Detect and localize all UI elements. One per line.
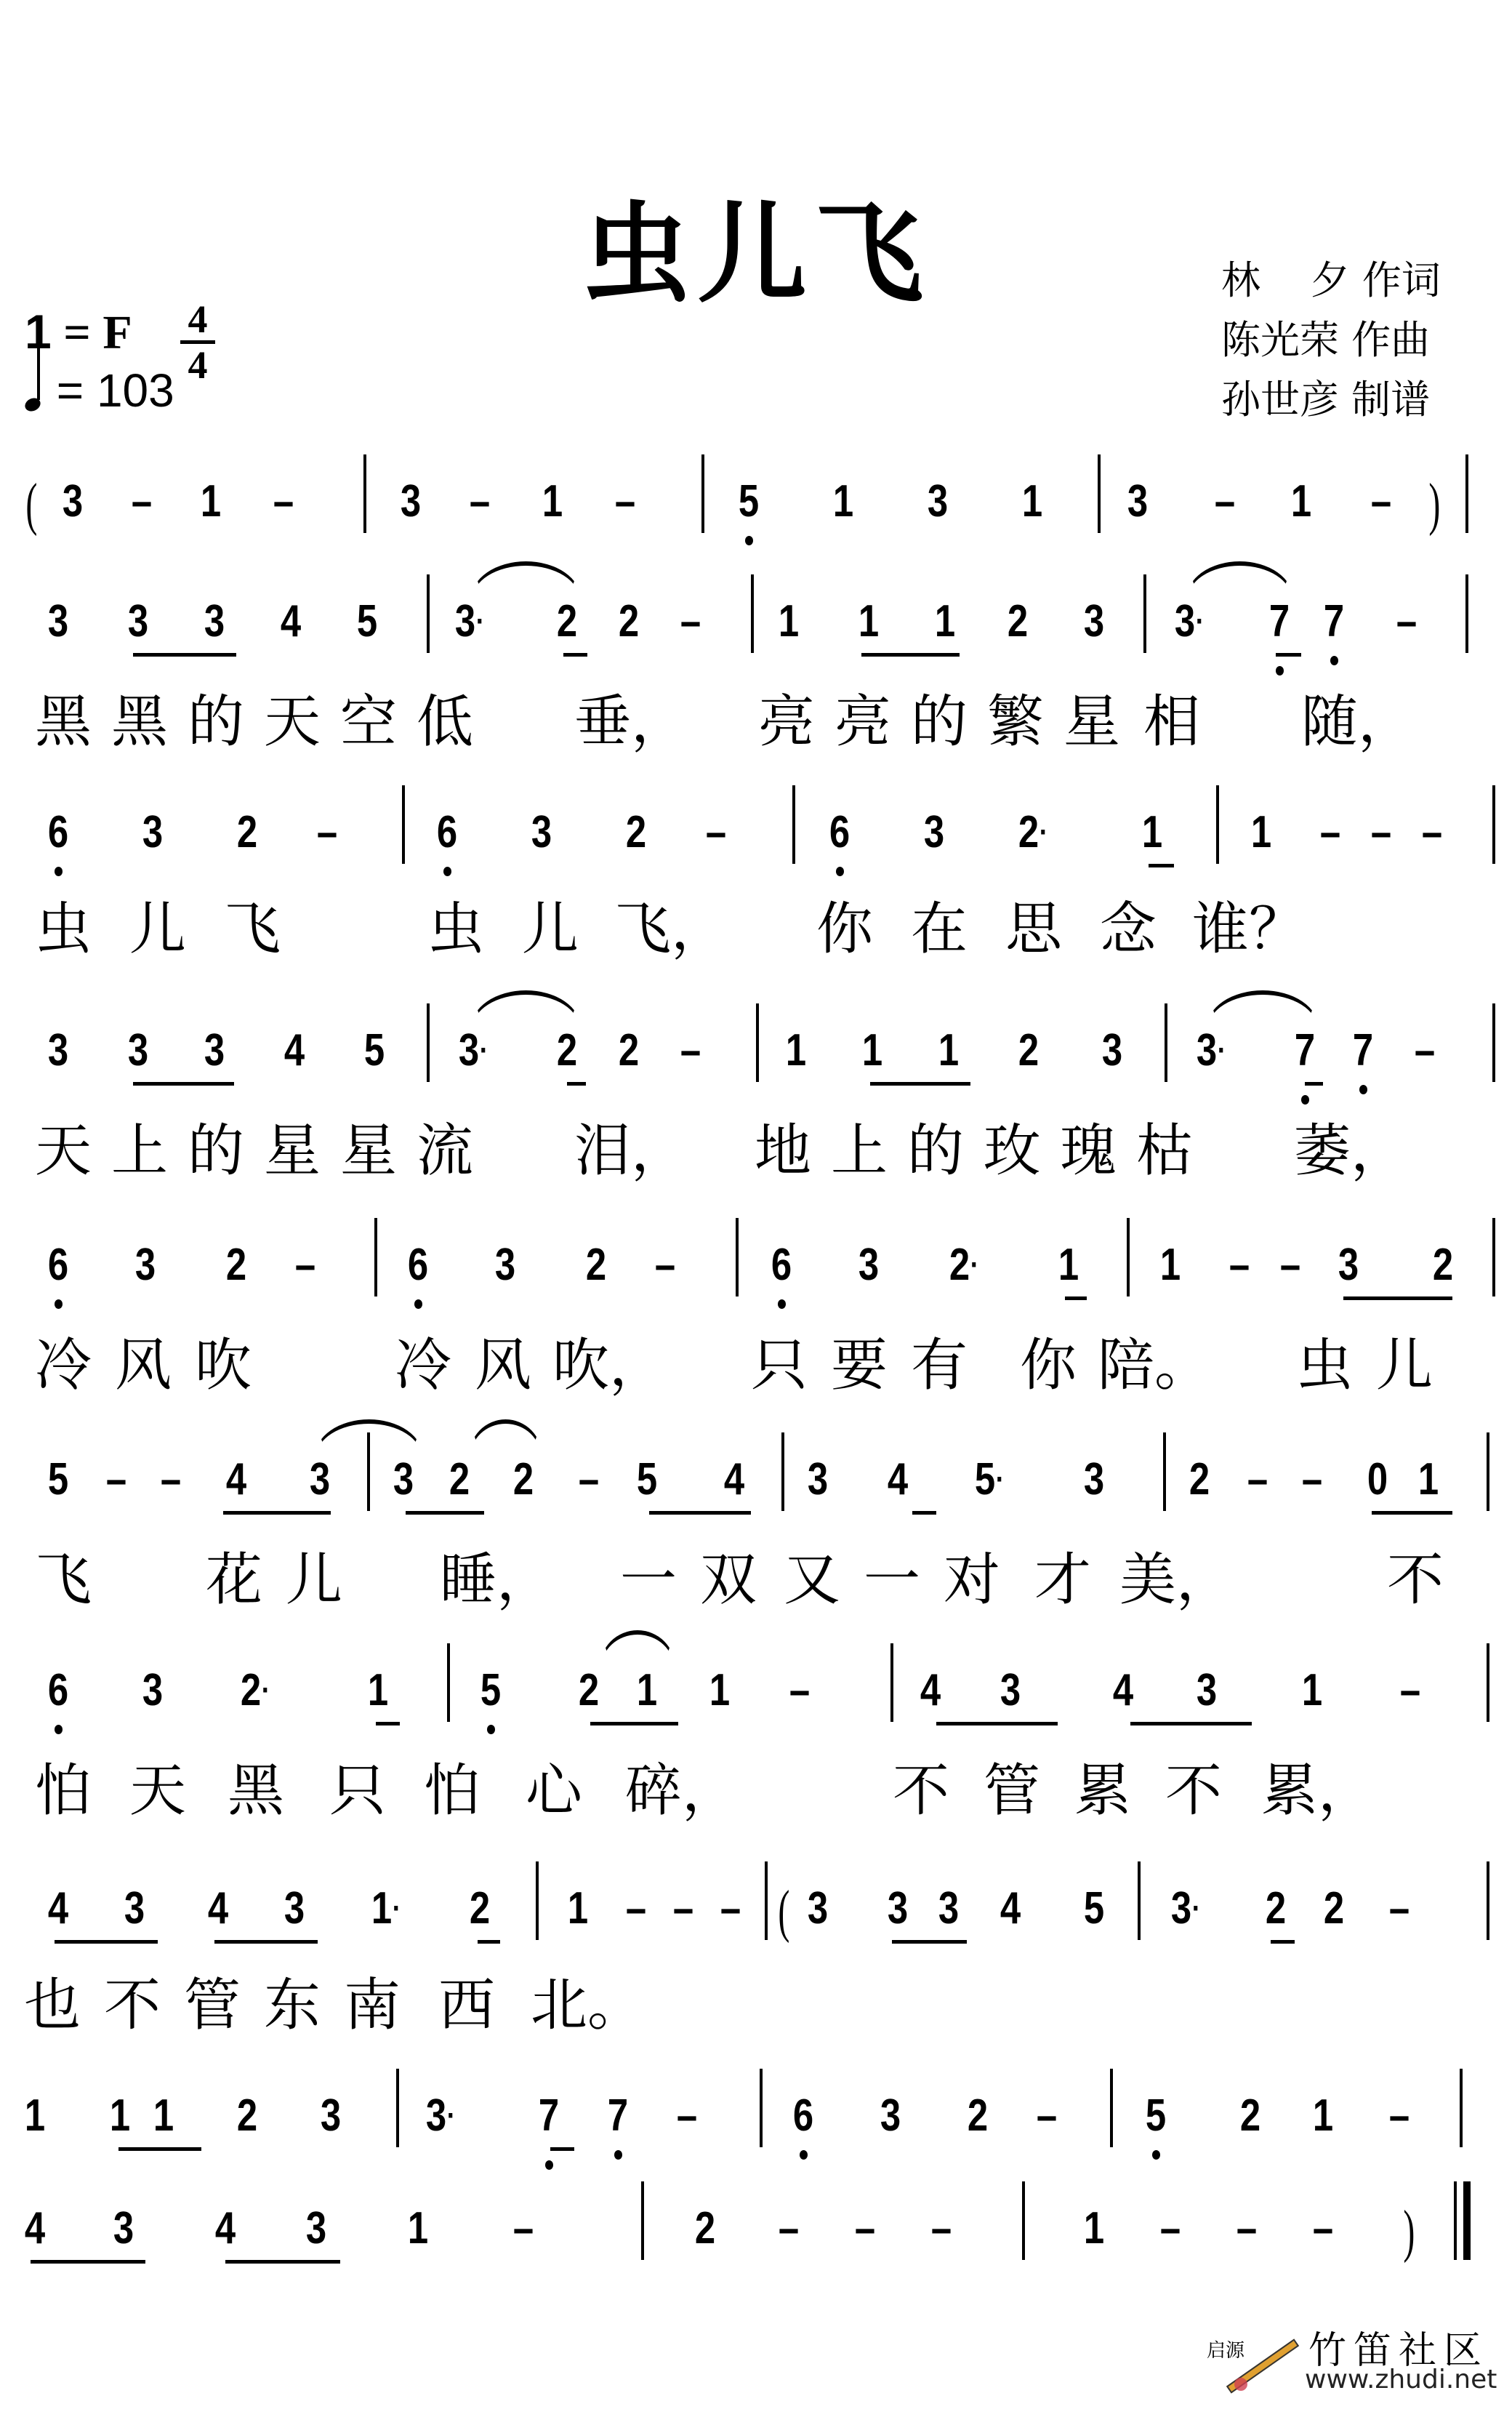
lyric-syllable: 星 — [1061, 676, 1122, 758]
note-value: – — [1280, 1240, 1300, 1290]
note-value: 1 — [1313, 2091, 1333, 2141]
lyric-syllable: 陪。 — [1098, 1320, 1159, 1401]
note-value: 3 — [142, 807, 163, 857]
note-value: 3 — [135, 1240, 156, 1290]
time-sig-bottom: 4 — [180, 345, 215, 385]
dash-extension: – — [698, 807, 733, 858]
eighth-note-beam — [567, 1082, 586, 1086]
note: 3 — [992, 1665, 1028, 1716]
note-value: 2 — [1324, 1883, 1344, 1933]
lyric-syllable: 虫 — [33, 883, 94, 965]
augmentation-dot: · — [996, 1454, 1005, 1505]
slur-tie — [471, 990, 581, 1028]
note: 3 — [1076, 596, 1111, 647]
barline — [751, 574, 754, 653]
barline — [1143, 574, 1146, 653]
note: 4 — [207, 2203, 243, 2254]
note-value: 3 — [284, 1883, 305, 1933]
note-value: 7 — [1295, 1025, 1315, 1075]
note-value: 3 — [459, 1025, 479, 1075]
note: 7 — [531, 2091, 566, 2141]
lyric-syllable: 只 — [327, 1745, 388, 1827]
lower-octave-dot — [745, 536, 753, 545]
barline — [1492, 785, 1495, 864]
note: 3 — [196, 1025, 232, 1076]
lyric-syllable: 不 — [102, 1960, 163, 2041]
lyric-syllable: 的 — [905, 1105, 966, 1187]
dash-extension: – — [309, 807, 345, 858]
note-value: 2 — [226, 1240, 246, 1290]
lyric-syllable: 上 — [109, 1105, 170, 1187]
time-signature: 4 4 — [180, 300, 215, 385]
note-value: 3 — [1000, 1665, 1021, 1715]
lyric-syllable: 的 — [185, 676, 246, 758]
eighth-note-beam — [1372, 1511, 1452, 1515]
lyric-syllable: 你 — [1018, 1320, 1079, 1401]
note: 1· — [363, 1883, 399, 1934]
note: 3 — [120, 596, 156, 647]
note-value: – — [106, 1454, 126, 1504]
note-value: 1 — [779, 596, 799, 646]
note-value: 2 — [1433, 1240, 1453, 1290]
note-value: 3 — [128, 1025, 148, 1075]
staff-row: 5––43322–54345·32––01 — [0, 1454, 1512, 1542]
note: 3 — [800, 1454, 835, 1505]
lyric-syllable: 天 — [33, 1105, 94, 1187]
dash-extension: – — [607, 476, 643, 527]
lower-octave-dot — [55, 1725, 63, 1734]
note: 3 — [916, 807, 952, 858]
note: 6 — [40, 807, 76, 858]
note: 3 — [800, 1883, 835, 1934]
note-value: 3 — [1171, 1883, 1191, 1933]
note: 7 — [1316, 596, 1351, 647]
note-value: 5 — [357, 596, 377, 646]
note-value: – — [513, 2203, 534, 2253]
note: 7 — [1345, 1025, 1380, 1076]
dash-extension: – — [1207, 476, 1242, 527]
note-value: – — [317, 807, 337, 857]
dash-extension: – — [672, 1025, 708, 1076]
eighth-note-beam — [1065, 1296, 1087, 1300]
note-value: 1 — [1160, 1240, 1181, 1290]
note-value: 1 — [408, 2203, 428, 2253]
lyric-syllable: 儿 — [283, 1534, 345, 1616]
lyric-syllable: 又 — [781, 1534, 843, 1616]
note: 3 — [116, 1883, 152, 1934]
final-barline — [1463, 2181, 1471, 2260]
lower-octave-dot — [443, 867, 451, 876]
augmentation-dot: · — [480, 1025, 488, 1076]
note: 3 — [920, 476, 955, 527]
note-value: 3 — [938, 1883, 959, 1933]
lyric-syllable: 地 — [752, 1105, 813, 1187]
eighth-note-beam — [225, 2260, 340, 2264]
note-value: – — [470, 476, 490, 526]
note-value: – — [1320, 807, 1340, 857]
note-value: 1 — [110, 2091, 130, 2141]
note: 1 — [1410, 1454, 1446, 1505]
dash-extension: – — [672, 596, 708, 647]
note: 2 — [571, 1665, 606, 1716]
note-value: 3 — [204, 1025, 225, 1075]
note: 2· — [233, 1665, 268, 1716]
lyric-syllable: 思 — [1003, 883, 1064, 965]
lyric-syllable: 睡， — [440, 1534, 501, 1616]
note: 3· — [451, 1025, 486, 1076]
dash-extension: – — [1221, 1240, 1257, 1291]
barline — [1492, 1003, 1495, 1082]
note-value: 3 — [928, 476, 948, 526]
note: 1 — [1305, 2091, 1340, 2141]
lower-octave-dot — [1359, 1085, 1367, 1094]
note: 1 — [102, 2091, 137, 2141]
lower-octave-dot — [778, 1299, 786, 1309]
eighth-note-beam — [133, 653, 236, 657]
note-value: 3 — [495, 1240, 515, 1290]
barline — [701, 454, 704, 533]
note-value: 2 — [586, 1240, 606, 1290]
lyric-syllable: 亮 — [756, 676, 817, 758]
note: 3· — [447, 596, 483, 647]
watermark-url[interactable]: www.zhudi.net — [1305, 2365, 1497, 2394]
dash-extension: – — [1228, 2203, 1264, 2254]
lyric-syllable: 黑 — [109, 676, 170, 758]
note: 1 — [850, 596, 886, 647]
note-value: 4 — [1000, 1883, 1021, 1933]
note-value: 5 — [637, 1454, 657, 1504]
staff-row: 632–632–632·11––– — [0, 807, 1512, 894]
note-value: 2 — [1008, 596, 1028, 646]
note-value: 2 — [619, 1025, 639, 1075]
note-value: 1 — [862, 1025, 882, 1075]
note: 2 — [618, 807, 654, 858]
note-value: 4 — [25, 2203, 45, 2253]
note: 3 — [134, 807, 170, 858]
barline — [760, 2069, 763, 2147]
dash-extension: – — [287, 1240, 323, 1291]
note: 3 — [1189, 1665, 1224, 1716]
note: 3 — [298, 2203, 334, 2254]
note-value: 3 — [455, 596, 475, 646]
note-value: 4 — [284, 1025, 305, 1075]
lyric-syllable: 对 — [941, 1534, 1002, 1616]
note: 2 — [218, 1240, 254, 1291]
watermark-small-text: 启源 — [1207, 2336, 1244, 2362]
open-repeat-paren: ( — [778, 1879, 789, 1945]
eighth-note-beam — [550, 2147, 574, 2151]
lyric-syllable: 枯 — [1134, 1105, 1195, 1187]
dash-extension: – — [1239, 1454, 1275, 1505]
note-value: – — [579, 1454, 599, 1504]
note: 2 — [960, 2091, 995, 2141]
lyric-syllable: 风 — [113, 1320, 174, 1401]
barline — [1465, 574, 1468, 653]
note: 2 — [229, 807, 265, 858]
barline — [427, 1003, 430, 1082]
note-value: 1 — [1058, 1240, 1079, 1290]
lyricist-credit: 林 夕 作词 — [1221, 251, 1441, 310]
lyric-syllable: 怕 — [422, 1745, 483, 1827]
note: 7 — [600, 2091, 635, 2141]
note-value: 5 — [48, 1454, 68, 1504]
note: 1 — [400, 2203, 435, 2254]
note-value: 1 — [371, 1883, 392, 1933]
note: 3 — [385, 1454, 421, 1505]
lower-octave-dot — [545, 2160, 553, 2170]
barline — [396, 2069, 399, 2147]
barline — [1487, 1432, 1489, 1511]
dash-extension: – — [847, 2203, 882, 2254]
dash-extension: – — [1381, 1883, 1417, 1934]
lyric-syllable: 相 — [1141, 676, 1202, 758]
lyric-syllable: 累， — [1261, 1745, 1322, 1827]
note-value: – — [779, 2203, 799, 2253]
note: 4 — [218, 1454, 254, 1505]
note-value: 3 — [1175, 596, 1195, 646]
staff-row: 632·15211–43431– — [0, 1665, 1512, 1752]
note-value: – — [1389, 1883, 1410, 1933]
augmentation-dot: · — [262, 1665, 270, 1716]
eighth-note-beam — [55, 1940, 158, 1944]
note: 2 — [1000, 596, 1035, 647]
note: 4 — [40, 1883, 76, 1934]
barline — [536, 1861, 539, 1940]
lyric-syllable: 繁 — [985, 676, 1046, 758]
lower-octave-dot — [800, 2150, 808, 2160]
note: 4 — [276, 1025, 312, 1076]
dash-extension: – — [462, 476, 497, 527]
eighth-note-beam — [892, 1940, 967, 1944]
lyric-syllable: 吹， — [552, 1320, 614, 1401]
note: 2 — [1316, 1883, 1351, 1934]
note-value: – — [1422, 807, 1442, 857]
eighth-note-beam — [1305, 1082, 1323, 1086]
note-value: 3 — [393, 1454, 414, 1504]
slur-tie — [315, 1419, 423, 1457]
note: 7 — [1261, 596, 1297, 647]
note-value: – — [706, 807, 726, 857]
eighth-note-beam — [478, 1940, 500, 1944]
eighth-note-beam — [223, 1511, 331, 1515]
lyric-syllable: 飞， — [614, 883, 675, 965]
lyric-syllable: 管 — [981, 1745, 1042, 1827]
barline — [1492, 1218, 1495, 1296]
note-value: – — [855, 2203, 875, 2253]
lyric-syllable: 的 — [185, 1105, 246, 1187]
lyric-syllable: 只 — [749, 1320, 810, 1401]
lyric-syllable: 美， — [1119, 1534, 1181, 1616]
dash-extension: – — [1305, 2203, 1340, 2254]
eighth-note-beam — [1149, 864, 1174, 867]
note-value: – — [1037, 2091, 1057, 2141]
note: 3 — [55, 476, 90, 527]
eighth-note-beam — [1343, 1296, 1452, 1300]
eighth-note-beam — [861, 653, 960, 657]
dash-extension: – — [153, 1454, 188, 1505]
note: 6 — [40, 1665, 76, 1716]
barline — [363, 454, 366, 533]
note-value: – — [789, 1665, 810, 1715]
dash-extension: – — [98, 1454, 134, 1505]
staff-row: 43431–2–––1–––) — [0, 2203, 1512, 2290]
dash-extension: – — [1152, 2203, 1188, 2254]
note: 3 — [872, 2091, 908, 2141]
dash-extension: – — [265, 476, 301, 527]
note-value: 2 — [557, 596, 577, 646]
eighth-note-beam — [649, 1511, 751, 1515]
open-repeat-paren: ( — [25, 472, 37, 538]
note-value: 6 — [408, 1240, 428, 1290]
note-value: 1 — [568, 1883, 588, 1933]
note-value: 3 — [401, 476, 421, 526]
barline — [1165, 1003, 1167, 1082]
note: 3 — [487, 1240, 523, 1291]
note-value: 6 — [437, 807, 457, 857]
lyric-syllable: 儿 — [520, 883, 581, 965]
note-value: 1 — [1302, 1665, 1322, 1715]
note: 6 — [785, 2091, 821, 2141]
slur-tie — [1186, 561, 1293, 599]
note-value: 3 — [124, 1883, 145, 1933]
note-value: 7 — [1269, 596, 1290, 646]
note: 3 — [127, 1240, 163, 1291]
note-value: 4 — [215, 2203, 236, 2253]
dash-extension: – — [505, 2203, 541, 2254]
note: 1 — [560, 1883, 595, 1934]
dash-extension: – — [669, 2091, 704, 2141]
note-value: 3 — [808, 1883, 828, 1933]
slur-tie — [600, 1630, 675, 1668]
dash-extension: – — [618, 1883, 654, 1934]
barline — [402, 785, 405, 864]
barline — [765, 1861, 768, 1940]
note: 3 — [40, 596, 76, 647]
lyric-syllable: 也 — [22, 1960, 83, 2041]
lower-octave-dot — [1276, 666, 1284, 676]
lyric-syllable: 要 — [829, 1320, 890, 1401]
note: 2 — [1232, 2091, 1268, 2141]
note-value: 3 — [531, 807, 552, 857]
augmentation-dot: · — [393, 1883, 401, 1934]
note: 6 — [40, 1240, 76, 1291]
note-value: 2 — [241, 1665, 261, 1715]
note-value: 1 — [542, 476, 563, 526]
note-value: 1 — [709, 1665, 730, 1715]
barline — [447, 1643, 450, 1722]
dash-extension: – — [771, 2203, 806, 2254]
augmentation-dot: · — [1218, 1025, 1226, 1076]
note: 3 — [276, 1883, 312, 1934]
lyric-syllable: 心 — [523, 1745, 584, 1827]
note: 3 — [930, 1883, 966, 1934]
lyric-syllable: 随， — [1301, 676, 1362, 758]
note-value: 1 — [1251, 807, 1271, 857]
lyric-syllable: 萎， — [1294, 1105, 1355, 1187]
lyric-syllable: 才 — [1032, 1534, 1093, 1616]
note-value: 2 — [237, 2091, 257, 2141]
note-value: 4 — [888, 1454, 908, 1504]
note: 2· — [1010, 807, 1046, 858]
note-value: – — [931, 2203, 952, 2253]
lyric-syllable: 儿 — [1374, 1320, 1435, 1401]
slur-tie — [469, 1419, 542, 1457]
note: 3 — [120, 1025, 156, 1076]
lyric-syllable: 亮 — [832, 676, 893, 758]
eighth-note-beam — [406, 1511, 484, 1515]
augmentation-dot: · — [447, 2091, 456, 2141]
note-value: 3 — [306, 2203, 326, 2253]
note-value: – — [1415, 1025, 1435, 1075]
note-value: – — [626, 1883, 646, 1933]
lyric-syllable: 儿 — [127, 883, 188, 965]
lyric-syllable: 不 — [890, 1745, 952, 1827]
note-value: 6 — [48, 1665, 68, 1715]
note-value: 3 — [1127, 476, 1148, 526]
note: 1 — [930, 1025, 966, 1076]
note: 5 — [1076, 1883, 1111, 1934]
lower-octave-dot — [1301, 1095, 1309, 1105]
note-value: – — [1371, 476, 1391, 526]
lyric-syllable: 碎， — [625, 1745, 686, 1827]
dash-extension: – — [124, 476, 159, 527]
note-value: 7 — [1353, 1025, 1373, 1075]
note: 2 — [611, 1025, 646, 1076]
note-value: 1 — [1291, 476, 1311, 526]
lyric-syllable: 虫 — [425, 883, 486, 965]
tempo-value: = 103 — [44, 364, 174, 417]
staff-row: 43431·21–––333453·22–( — [0, 1883, 1512, 1971]
lower-octave-dot — [414, 1299, 422, 1309]
credits: 林 夕 作词 陈光荣 作曲 孙世彦 制谱 — [1221, 251, 1441, 430]
lyric-syllable: 的 — [909, 676, 970, 758]
note-value: – — [680, 596, 701, 646]
dash-extension: – — [923, 2203, 959, 2254]
note: 3 — [393, 476, 428, 527]
note-value: 2 — [1240, 2091, 1260, 2141]
note: 1 — [1243, 807, 1279, 858]
lyric-syllable: 吹 — [193, 1320, 254, 1401]
note-value: 6 — [829, 807, 850, 857]
note: 3 — [40, 1025, 76, 1076]
note-value: 2 — [557, 1025, 577, 1075]
note: 5 — [40, 1454, 76, 1505]
note-value: 2 — [449, 1454, 470, 1504]
dash-extension: – — [1392, 1665, 1428, 1716]
note-value: 3 — [142, 1665, 163, 1715]
note: 4 — [992, 1883, 1028, 1934]
lower-octave-dot — [836, 867, 844, 876]
note-value: – — [1389, 2091, 1410, 2141]
barline — [781, 1432, 784, 1511]
lyric-syllable: 在 — [909, 883, 970, 965]
note: 4 — [880, 1454, 915, 1505]
note: 3 — [1119, 476, 1155, 527]
close-repeat-paren: ) — [1428, 472, 1440, 538]
note-value: 3 — [48, 1025, 68, 1075]
slur-tie — [1207, 990, 1319, 1028]
eighth-note-beam — [133, 1082, 234, 1086]
lyric-syllable: 星 — [262, 1105, 323, 1187]
barline — [1022, 2181, 1025, 2260]
note-value: 6 — [48, 807, 68, 857]
note: 1 — [17, 2091, 52, 2141]
slur-tie — [471, 561, 581, 599]
note-value: 5 — [480, 1665, 501, 1715]
barline — [1127, 1218, 1130, 1296]
lyric-syllable: 天 — [127, 1745, 188, 1827]
note-value: 3 — [63, 476, 83, 526]
